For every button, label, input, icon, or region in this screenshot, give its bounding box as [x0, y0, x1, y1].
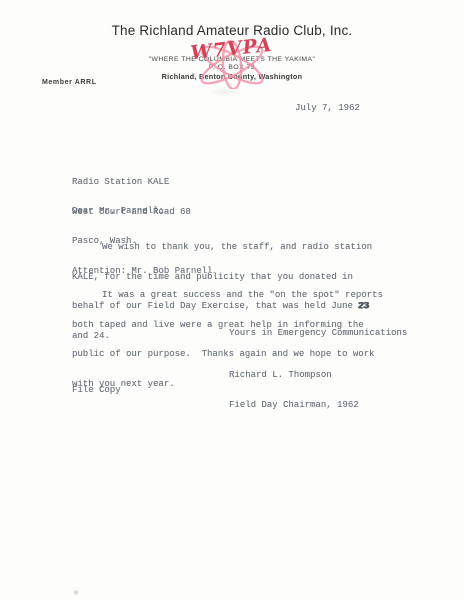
body-line: It was a great success and the "on the s…: [72, 291, 383, 301]
callsign-script: W7VPA: [189, 34, 273, 64]
signer-title: Field Day Chairman, 1962: [229, 401, 359, 411]
signature-block: Richard L. Thompson Field Day Chairman, …: [229, 351, 359, 430]
letter-date: July 7, 1962: [295, 104, 360, 114]
member-arrl-note: Member ARRL: [42, 79, 97, 86]
letter-page: The Richland Amateur Radio Club, Inc. W7…: [0, 0, 464, 600]
file-copy-note: File Copy: [72, 386, 121, 396]
closing-line: Yours in Emergency Communications: [229, 329, 407, 339]
body-line: We wish to thank you, the staff, and rad…: [72, 243, 372, 253]
signer-name: Richard L. Thompson: [229, 371, 359, 381]
salutation: Dear Mr. Parnell:: [72, 207, 164, 217]
scan-speck: [73, 589, 79, 596]
club-atom-logo: W7VPA: [174, 33, 290, 89]
recipient-line: Radio Station KALE: [72, 178, 212, 188]
